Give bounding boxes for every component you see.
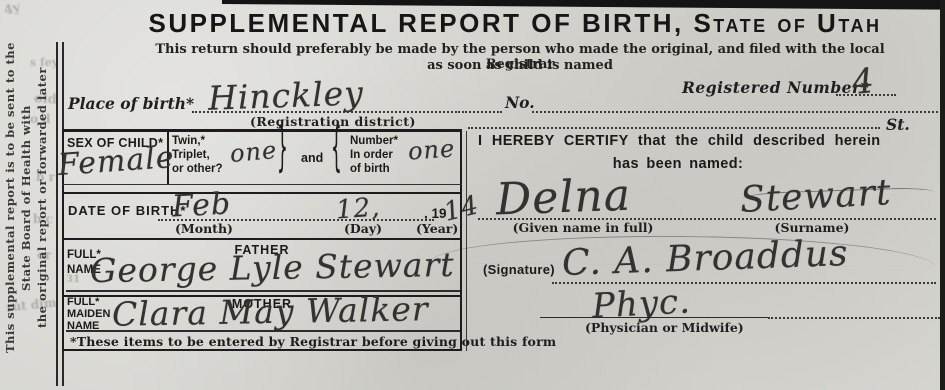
surname-caption: (Surname) <box>752 220 872 235</box>
month-caption: (Month) <box>175 221 233 236</box>
given-name-caption: (Given name in full) <box>498 220 668 235</box>
day-caption: (Day) <box>344 221 382 236</box>
birth-month-value: Feb <box>171 186 232 224</box>
mother-name-value: Clara May Walker <box>112 289 429 334</box>
surname-value: Stewart <box>739 172 892 221</box>
box-border-top <box>62 129 462 132</box>
certify-statement-line1: I HEREBY CERTIFY that the child describe… <box>478 133 910 149</box>
box-border-bottom <box>62 349 462 351</box>
street-label: St. <box>886 115 910 134</box>
twin-label-line1: Twin,* <box>172 135 205 147</box>
number-in-order-value: one <box>407 134 456 165</box>
box-border-right-thin <box>466 131 467 351</box>
sex-writing-line <box>62 184 462 185</box>
number-in-order-label-line1: Number* <box>350 135 398 147</box>
margin-instruction-note: This supplemental report is to be sent t… <box>2 28 44 368</box>
box-border-right <box>460 131 462 351</box>
registrar-footnote: *These items to be entered by Registrar … <box>70 334 556 349</box>
certify-statement-line2: has been named: <box>478 156 878 172</box>
place-of-birth-label: Place of birth* <box>68 94 194 113</box>
scan-edge-right <box>940 0 945 390</box>
signature-label: (Signature) <box>483 262 555 277</box>
row1-divider <box>62 192 462 194</box>
father-name-value: George Lyle Stewart <box>90 245 455 290</box>
mother-full-label: FULL* <box>67 296 99 308</box>
form-title-state: State of Utah <box>693 8 881 38</box>
place-of-birth-value: Hinckley <box>207 73 364 117</box>
street-line <box>468 104 880 129</box>
sex-of-child-value: Female <box>57 140 176 183</box>
brace-open-glyph: { <box>331 118 342 180</box>
twin-value: one <box>229 136 278 168</box>
mother-maiden-label: MAIDEN <box>67 308 110 320</box>
brace-close-glyph: } <box>277 118 288 180</box>
physician-line-dotted <box>768 295 940 319</box>
physician-or-midwife-caption: (Physician or Midwife) <box>585 320 744 335</box>
physician-line-solid <box>540 295 768 318</box>
bleed-artifact: 4y <box>2 0 22 19</box>
twin-label-line2: Triplet, <box>172 149 210 161</box>
form-subtitle-line2: as soon as child is named <box>140 58 900 73</box>
scanned-birth-report: 4y s fey old o d b r b c or rut dim 31 T… <box>0 0 945 390</box>
row2-divider <box>62 238 462 240</box>
number-in-order-label-line2: In order <box>350 149 393 161</box>
year-caption: (Year) <box>416 221 458 236</box>
mother-name-label: NAME <box>67 320 99 332</box>
given-name-value: Delna <box>495 170 632 226</box>
margin-note-line1: This supplemental report is to be sent t… <box>2 28 34 368</box>
twin-label-line3: or other? <box>172 163 222 175</box>
number-in-order-label-line3: of birth <box>350 163 390 175</box>
and-label: and <box>301 151 323 165</box>
margin-note-line2: the original report or forwarded later <box>34 28 50 368</box>
form-title: SUPPLEMENTAL REPORT OF BIRTH, State of U… <box>110 8 920 39</box>
form-title-main: SUPPLEMENTAL REPORT OF BIRTH, <box>149 8 694 38</box>
